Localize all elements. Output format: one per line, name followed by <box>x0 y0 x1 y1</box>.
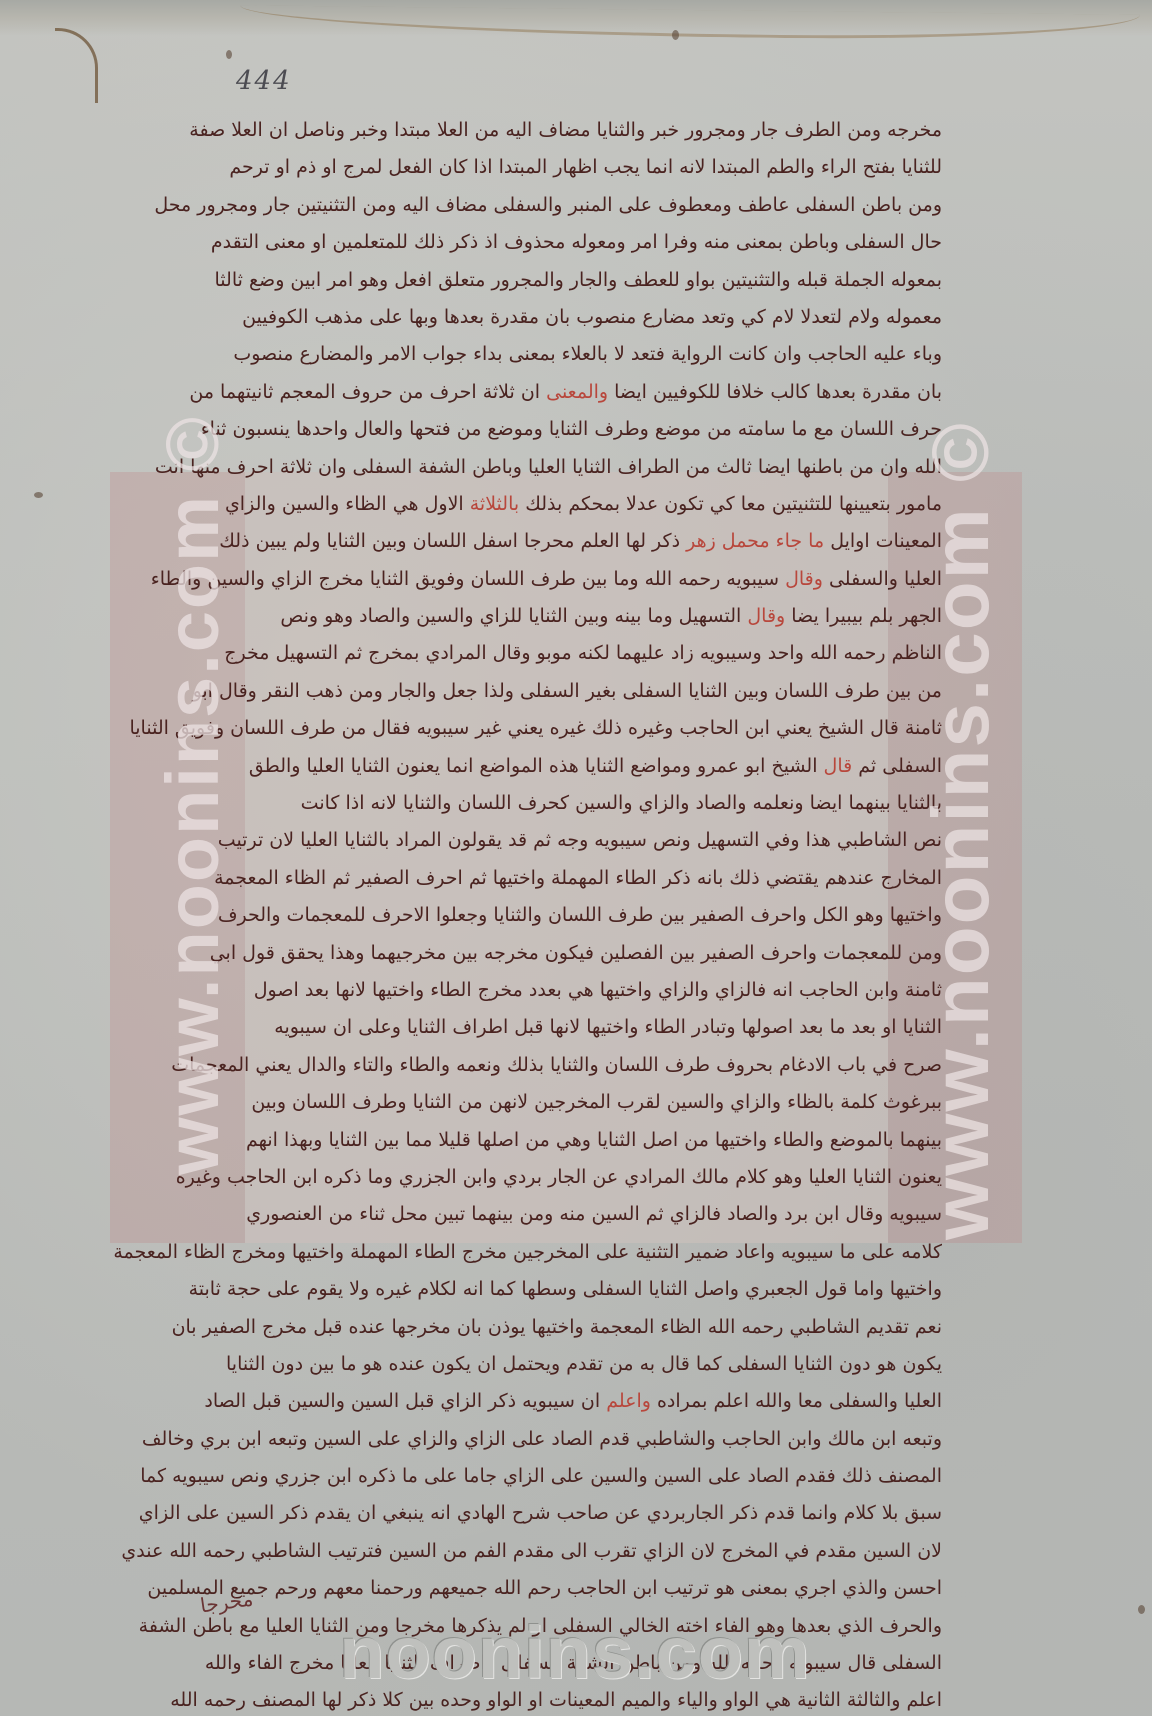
line-text: الله وان من باطنها ايضا ثالث من الطراف ا… <box>155 456 942 478</box>
line-text: ثامنة قال الشيخ يعني ابن الحاجب وغيره ذل… <box>129 717 942 739</box>
watermark-vertical-right: www.noonins.com © <box>915 421 1007 1240</box>
line-text: نص الشاطبي هذا وفي التسهيل ونص سيبويه وج… <box>218 829 942 851</box>
line-text: حال السفلى وباطن بمعنى منه وفرا امر ومعو… <box>211 231 942 253</box>
line-text: حرف اللسان مع ما سامته من موضع وطرف الثن… <box>201 418 942 440</box>
line-text: التسهيل وما بينه وبين الثنايا للزاي والس… <box>280 605 741 627</box>
text-line: سبق بلا كلام وانما قدم ذكر الجاربردي عن … <box>112 1495 942 1532</box>
text-line: ثامنة قال الشيخ يعني ابن الحاجب وغيره ذل… <box>112 710 942 747</box>
line-text: احسن والذي اجري بمعنى هو ترتيب ابن الحاج… <box>147 1577 942 1599</box>
line-text: مخرجه ومن الطرف جار ومجرور خبر والثنايا … <box>189 119 942 141</box>
text-line: كلامه على ما سيبويه واعاد ضمير التثنية ع… <box>112 1234 942 1271</box>
line-text: المصنف ذلك فقدم الصاد على السين والسين ع… <box>140 1465 942 1487</box>
text-line: ومن باطن السفلى عاطف ومعطوف على المنبر و… <box>112 187 942 224</box>
line-text: بالثنايا بينهما ايضا ونعلمه والصاد والزا… <box>301 792 942 814</box>
ink-spot <box>672 30 679 40</box>
text-line: وباء عليه الحاجب وان كانت الرواية فتعد ل… <box>112 336 942 373</box>
text-line: السفلى ثم قال الشيخ ابو عمرو ومواضع الثن… <box>112 748 942 785</box>
line-text: سبق بلا كلام وانما قدم ذكر الجاربردي عن … <box>139 1502 942 1524</box>
text-line: يكون هو دون الثنايا السفلى كما قال به من… <box>112 1346 942 1383</box>
text-line: واختيها وهو الكل واحرف الصفير بين طرف ال… <box>112 897 942 934</box>
line-text: ومن للمعجمات واحرف الصفير بين الفصلين في… <box>210 942 942 964</box>
text-line: ببرغوث كلمة بالظاء والزاي والسين لقرب ال… <box>112 1084 942 1121</box>
line-text: ومن باطن السفلى عاطف ومعطوف على المنبر و… <box>154 194 942 216</box>
line-text: يعنون الثنايا العليا وهو كلام مالك المرا… <box>176 1166 942 1188</box>
corner-pen-mark <box>55 28 98 103</box>
text-line: العليا والسفلى معا والله اعلم بمراده واع… <box>112 1383 942 1420</box>
text-line: وتبعه ابن مالك وابن الحاجب والشاطبي قدم … <box>112 1421 942 1458</box>
ink-spot <box>226 50 232 59</box>
text-line: يعنون الثنايا العليا وهو كلام مالك المرا… <box>112 1159 942 1196</box>
line-text: بينهما بالموضع والطاء واختيها من اصل الث… <box>246 1129 942 1151</box>
line-text: سيبويه وقال ابن برد والصاد فالزاي ثم الس… <box>246 1203 942 1225</box>
text-line: صرح في باب الادغام بحروف طرف اللسان والث… <box>112 1047 942 1084</box>
text-line: سيبويه وقال ابن برد والصاد فالزاي ثم الس… <box>112 1196 942 1233</box>
line-text: واختيها وهو الكل واحرف الصفير بين طرف ال… <box>218 904 942 926</box>
rubric-word: بالثلاثة <box>470 493 519 515</box>
rubric-word: ما جاء محمل زهر <box>686 530 824 552</box>
watermark-vertical-left: www.noonins.com © <box>150 415 235 1175</box>
manuscript-text: مخرجه ومن الطرف جار ومجرور خبر والثنايا … <box>112 112 942 1716</box>
rubric-word: والمعنى <box>546 381 608 403</box>
text-line: بان مقدرة بعدها كالب خلافا للكوفيين ايضا… <box>112 374 942 411</box>
text-line: المخارج عندهم يقتضي ذلك بانه ذكر الطاء ا… <box>112 860 942 897</box>
watermark-bottom: noonins.com <box>275 1610 875 1695</box>
rubric-word: قال <box>824 755 853 777</box>
line-text: سيبويه رحمه الله وما بين طرف اللسان وفوي… <box>151 568 779 590</box>
text-line: حال السفلى وباطن بمعنى منه وفرا امر ومعو… <box>112 224 942 261</box>
text-line: بينهما بالموضع والطاء واختيها من اصل الث… <box>112 1122 942 1159</box>
line-text: الاول هي الظاء والسين والزاي <box>225 493 464 515</box>
line-text: يكون هو دون الثنايا السفلى كما قال به من… <box>226 1353 942 1375</box>
text-line: نص الشاطبي هذا وفي التسهيل ونص سيبويه وج… <box>112 822 942 859</box>
line-text: للثنايا بفتح الراء والطم المبتدا لانه ان… <box>229 156 942 178</box>
text-line: للثنايا بفتح الراء والطم المبتدا لانه ان… <box>112 149 942 186</box>
folio-number: 444 <box>236 66 292 96</box>
line-text: لان السين مقدم في المخرج لان الزاي تقرب … <box>121 1540 942 1562</box>
ink-spot <box>1138 1605 1145 1614</box>
text-line: من بين طرف اللسان وبين الثنايا السفلى بغ… <box>112 673 942 710</box>
line-text: صرح في باب الادغام بحروف طرف اللسان والث… <box>171 1054 942 1076</box>
text-line: المصنف ذلك فقدم الصاد على السين والسين ع… <box>112 1458 942 1495</box>
text-line: مخرجه ومن الطرف جار ومجرور خبر والثنايا … <box>112 112 942 149</box>
text-line: الله وان من باطنها ايضا ثالث من الطراف ا… <box>112 449 942 486</box>
text-line: بالثنايا بينهما ايضا ونعلمه والصاد والزا… <box>112 785 942 822</box>
text-line: بمعوله الجملة قبله والتثنيتين بواو للعطف… <box>112 262 942 299</box>
line-text: واختيها واما قول الجعبري واصل الثنايا ال… <box>189 1278 942 1300</box>
text-line: مامور بتعيينها للتثنيتين معا كي تكون عدل… <box>112 486 942 523</box>
text-line: لان السين مقدم في المخرج لان الزاي تقرب … <box>112 1533 942 1570</box>
text-line: العليا والسفلى وقال سيبويه رحمه الله وما… <box>112 561 942 598</box>
text-line: المعينات اوايل ما جاء محمل زهر ذكر لها ا… <box>112 523 942 560</box>
line-text: العليا والسفلى معا والله اعلم بمراده <box>657 1390 942 1412</box>
line-text: نعم تقديم الشاطبي رحمه الله الظاء المعجم… <box>172 1316 942 1338</box>
line-text: بان مقدرة بعدها كالب خلافا للكوفيين ايضا <box>614 381 942 403</box>
rubric-word: واعلم <box>606 1390 651 1412</box>
line-text: الثنايا او بعد ما بعد اصولها وتبادر الطا… <box>274 1016 942 1038</box>
line-text: كلامه على ما سيبويه واعاد ضمير التثنية ع… <box>113 1241 942 1263</box>
text-line: الجهر بلم بيبيرا يضا وقال التسهيل وما بي… <box>112 598 942 635</box>
line-text: بمعوله الجملة قبله والتثنيتين بواو للعطف… <box>215 269 942 291</box>
line-text: المخارج عندهم يقتضي ذلك بانه ذكر الطاء ا… <box>214 867 942 889</box>
line-text: ان سيبويه ذكر الزاي قبل السين والسين قبل… <box>204 1390 600 1412</box>
manuscript-page: 444 مخرجه ومن الطرف جار ومجرور خبر والثن… <box>0 0 1152 1716</box>
line-text: ثامنة وابن الحاجب انه فالزاي والزاي واخت… <box>254 979 942 1001</box>
line-text: مامور بتعيينها للتثنيتين معا كي تكون عدل… <box>525 493 942 515</box>
rubric-word: وقال <box>747 605 785 627</box>
line-text: وباء عليه الحاجب وان كانت الرواية فتعد ل… <box>233 343 942 365</box>
ink-spot <box>34 492 43 498</box>
text-line: الثنايا او بعد ما بعد اصولها وتبادر الطا… <box>112 1009 942 1046</box>
text-line: الناظم رحمه الله واحد وسيبويه زاد عليهما… <box>112 635 942 672</box>
text-line: ومن للمعجمات واحرف الصفير بين الفصلين في… <box>112 935 942 972</box>
line-text: ان ثلاثة احرف من حروف المعجم ثانيتهما من <box>189 381 540 403</box>
text-line: ثامنة وابن الحاجب انه فالزاي والزاي واخت… <box>112 972 942 1009</box>
line-text: وتبعه ابن مالك وابن الحاجب والشاطبي قدم … <box>142 1428 942 1450</box>
line-text: الناظم رحمه الله واحد وسيبويه زاد عليهما… <box>224 642 942 664</box>
line-text: من بين طرف اللسان وبين الثنايا السفلى بغ… <box>193 680 942 702</box>
line-text: معموله ولام لتعدلا لام كي وتعد مضارع منص… <box>242 306 942 328</box>
rubric-word: وقال <box>785 568 823 590</box>
text-line: واختيها واما قول الجعبري واصل الثنايا ال… <box>112 1271 942 1308</box>
line-text: ذكر لها العلم محرجا اسفل اللسان وبين الث… <box>219 530 680 552</box>
text-line: حرف اللسان مع ما سامته من موضع وطرف الثن… <box>112 411 942 448</box>
text-line: معموله ولام لتعدلا لام كي وتعد مضارع منص… <box>112 299 942 336</box>
line-text: ببرغوث كلمة بالظاء والزاي والسين لقرب ال… <box>251 1091 942 1113</box>
line-text: الشيخ ابو عمرو ومواضع الثنايا هذه المواض… <box>249 755 818 777</box>
text-line: نعم تقديم الشاطبي رحمه الله الظاء المعجم… <box>112 1309 942 1346</box>
